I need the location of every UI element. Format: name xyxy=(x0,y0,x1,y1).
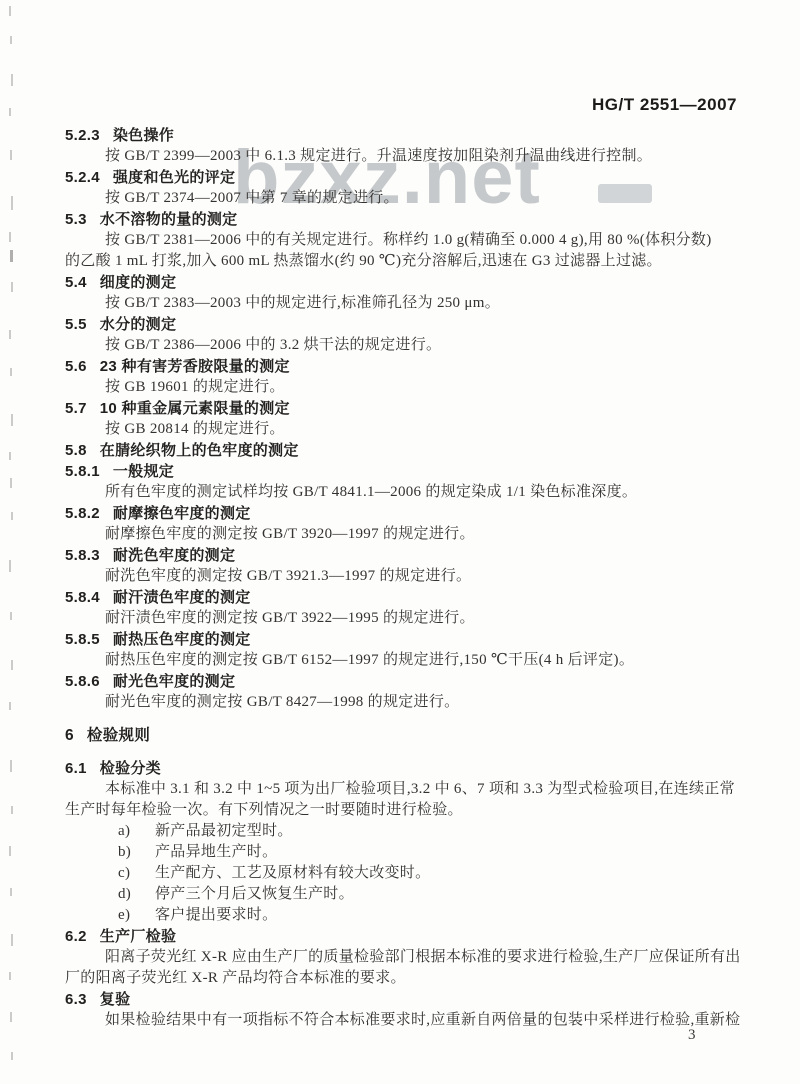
section-title: 复验 xyxy=(100,991,131,1008)
section-title: 耐汗渍色牢度的测定 xyxy=(113,589,251,606)
section-heading: 5.5水分的测定 xyxy=(65,314,741,335)
scan-edge-artifact xyxy=(9,452,11,460)
section-title: 水分的测定 xyxy=(100,316,177,333)
list-item: e)客户提出要求时。 xyxy=(65,905,741,926)
section-number: 5.5 xyxy=(65,316,87,333)
section-heading: 5.2.4强度和色光的评定 xyxy=(65,167,741,188)
paragraph-line: 按 GB/T 2383—2003 中的规定进行,标准筛孔径为 250 μm。 xyxy=(65,293,741,314)
paragraph-line: 本标准中 3.1 和 3.2 中 1~5 项为出厂检验项目,3.2 中 6、7 … xyxy=(65,779,741,800)
section-heading: 5.8.1一般规定 xyxy=(65,461,741,482)
paragraph-line: 的乙酸 1 mL 打浆,加入 600 mL 热蒸馏水(约 90 ℃)充分溶解后,… xyxy=(65,251,741,272)
section-title: 耐摩擦色牢度的测定 xyxy=(113,505,251,522)
scan-edge-artifact xyxy=(10,150,12,160)
list-item: d)停产三个月后又恢复生产时。 xyxy=(65,884,741,905)
list-item-label: e) xyxy=(118,905,155,926)
scan-edge-artifact xyxy=(11,196,13,210)
section-title: 检验规则 xyxy=(87,727,150,744)
section-number: 5.8.1 xyxy=(65,463,100,480)
paragraph-line: 耐光色牢度的测定按 GB/T 8427—1998 的规定进行。 xyxy=(65,692,741,713)
scan-edge-artifact xyxy=(11,74,13,86)
paragraph-line: 生产时每年检验一次。有下列情况之一时要随时进行检验。 xyxy=(65,800,741,821)
scan-edge-artifact xyxy=(11,806,13,814)
section-number: 5.8.5 xyxy=(65,631,100,648)
page-number: 3 xyxy=(688,1027,696,1044)
paragraph-line: 按 GB/T 2399—2003 中 6.1.3 规定进行。升温速度按加阻染剂升… xyxy=(65,146,741,167)
list-item-label: c) xyxy=(118,863,155,884)
paragraph-line: 耐洗色牢度的测定按 GB/T 3921.3—1997 的规定进行。 xyxy=(65,566,741,587)
section-title: 细度的测定 xyxy=(100,274,177,291)
section-number: 5.2.4 xyxy=(65,169,100,186)
document-code-header: HG/T 2551—2007 xyxy=(592,95,737,115)
scan-edge-artifact xyxy=(9,560,11,572)
scan-edge-artifact xyxy=(11,934,13,946)
scan-edge-artifact xyxy=(10,36,12,44)
section-title: 水不溶物的量的测定 xyxy=(100,211,238,228)
scan-edge-artifact xyxy=(11,282,13,292)
section-heading: 6.2生产厂检验 xyxy=(65,926,741,947)
list-item: b)产品异地生产时。 xyxy=(65,842,741,863)
section-number: 6.3 xyxy=(65,991,87,1008)
section-title: 检验分类 xyxy=(100,760,161,777)
scan-edge-artifact xyxy=(9,330,11,339)
section-heading: 6.3复验 xyxy=(65,989,741,1010)
section-heading: 5.2.3染色操作 xyxy=(65,125,741,146)
section-title: 10 种重金属元素限量的测定 xyxy=(100,400,290,417)
scan-edge-artifact xyxy=(10,760,12,772)
section-number: 5.8.3 xyxy=(65,547,100,564)
scan-edge-artifact xyxy=(10,888,12,896)
section-title: 染色操作 xyxy=(113,127,174,144)
section-title: 生产厂检验 xyxy=(100,928,177,945)
scan-edge-artifact xyxy=(11,1052,13,1060)
scanned-standard-page: bzxz.net HG/T 2551—2007 5.2.3染色操作按 GB/T … xyxy=(0,0,800,1084)
section-number: 5.8.2 xyxy=(65,505,100,522)
section-title: 耐洗色牢度的测定 xyxy=(113,547,235,564)
paragraph-line: 所有色牢度的测定试样均按 GB/T 4841.1—2006 的规定染成 1/1 … xyxy=(65,482,741,503)
paragraph-line: 按 GB/T 2374—2007 中第 7 章的规定进行。 xyxy=(65,188,741,209)
paragraph-line: 按 GB/T 2386—2006 中的 3.2 烘干法的规定进行。 xyxy=(65,335,741,356)
scan-edge-artifact xyxy=(10,478,12,488)
section-number: 5.3 xyxy=(65,211,87,228)
section-title: 23 种有害芳香胺限量的测定 xyxy=(100,358,290,375)
paragraph-line: 厂的阳离子荧光红 X-R 产品均符合本标准的要求。 xyxy=(65,968,741,989)
section-title: 耐热压色牢度的测定 xyxy=(113,631,251,648)
section-number: 5.8.6 xyxy=(65,673,100,690)
section-title: 一般规定 xyxy=(113,463,174,480)
paragraph-line: 按 GB/T 2381—2006 中的有关规定进行。称样约 1.0 g(精确至 … xyxy=(65,230,741,251)
list-item-text: 停产三个月后又恢复生产时。 xyxy=(155,886,354,902)
chapter-heading: 6检验规则 xyxy=(65,725,741,746)
section-number: 6 xyxy=(65,727,74,744)
paragraph-line: 耐汗渍色牢度的测定按 GB/T 3922—1995 的规定进行。 xyxy=(65,608,741,629)
scan-edge-artifact xyxy=(11,512,13,520)
paragraph-line: 耐热压色牢度的测定按 GB/T 6152—1997 的规定进行,150 ℃干压(… xyxy=(65,650,741,671)
section-heading: 5.8在腈纶织物上的色牢度的测定 xyxy=(65,440,741,461)
section-title: 在腈纶织物上的色牢度的测定 xyxy=(100,442,299,459)
section-number: 5.7 xyxy=(65,400,87,417)
scan-edge-artifact xyxy=(9,702,11,710)
scan-edge-artifact xyxy=(10,250,13,262)
scan-edge-artifact xyxy=(9,232,11,242)
section-heading: 5.4细度的测定 xyxy=(65,272,741,293)
scan-edge-artifact xyxy=(10,612,12,620)
list-item-text: 产品异地生产时。 xyxy=(155,844,277,860)
list-item: c)生产配方、工艺及原材料有较大改变时。 xyxy=(65,863,741,884)
scan-edge-artifact xyxy=(11,414,13,426)
section-heading: 5.8.6耐光色牢度的测定 xyxy=(65,671,741,692)
scan-edge-artifact xyxy=(9,972,11,980)
section-heading: 5.8.5耐热压色牢度的测定 xyxy=(65,629,741,650)
section-number: 5.8 xyxy=(65,442,87,459)
paragraph-line: 按 GB 19601 的规定进行。 xyxy=(65,377,741,398)
scan-edge-artifact xyxy=(11,660,13,670)
section-heading: 5.710 种重金属元素限量的测定 xyxy=(65,398,741,419)
section-number: 5.4 xyxy=(65,274,87,291)
scan-edge-artifact xyxy=(10,368,12,376)
section-title: 耐光色牢度的测定 xyxy=(113,673,235,690)
section-heading: 5.3水不溶物的量的测定 xyxy=(65,209,741,230)
section-heading: 5.8.2耐摩擦色牢度的测定 xyxy=(65,503,741,524)
list-item-label: b) xyxy=(118,842,155,863)
paragraph-line: 耐摩擦色牢度的测定按 GB/T 3920—1997 的规定进行。 xyxy=(65,524,741,545)
scan-edge-artifact xyxy=(9,846,11,856)
paragraph-line: 如果检验结果中有一项指标不符合本标准要求时,应重新自两倍量的包装中采样进行检验,… xyxy=(65,1010,741,1031)
scan-edge-artifact xyxy=(10,1012,12,1022)
section-number: 5.8.4 xyxy=(65,589,100,606)
section-number: 6.2 xyxy=(65,928,87,945)
list-item-text: 新产品最初定型时。 xyxy=(155,823,293,839)
section-number: 6.1 xyxy=(65,760,87,777)
list-item-text: 客户提出要求时。 xyxy=(155,907,277,923)
list-item-label: d) xyxy=(118,884,155,905)
section-number: 5.2.3 xyxy=(65,127,100,144)
section-title: 强度和色光的评定 xyxy=(113,169,235,186)
section-heading: 5.8.4耐汗渍色牢度的测定 xyxy=(65,587,741,608)
section-heading: 6.1检验分类 xyxy=(65,758,741,779)
section-number: 5.6 xyxy=(65,358,87,375)
section-heading: 5.8.3耐洗色牢度的测定 xyxy=(65,545,741,566)
document-body: 5.2.3染色操作按 GB/T 2399—2003 中 6.1.3 规定进行。升… xyxy=(65,125,741,1031)
scan-edge-artifact xyxy=(9,108,11,116)
list-item: a)新产品最初定型时。 xyxy=(65,821,741,842)
paragraph-line: 阳离子荧光红 X-R 应由生产厂的质量检验部门根据本标准的要求进行检验,生产厂应… xyxy=(65,947,741,968)
list-item-label: a) xyxy=(118,821,155,842)
section-heading: 5.623 种有害芳香胺限量的测定 xyxy=(65,356,741,377)
paragraph-line: 按 GB 20814 的规定进行。 xyxy=(65,419,741,440)
scan-edge-artifact xyxy=(9,6,11,16)
list-item-text: 生产配方、工艺及原材料有较大改变时。 xyxy=(155,865,430,881)
